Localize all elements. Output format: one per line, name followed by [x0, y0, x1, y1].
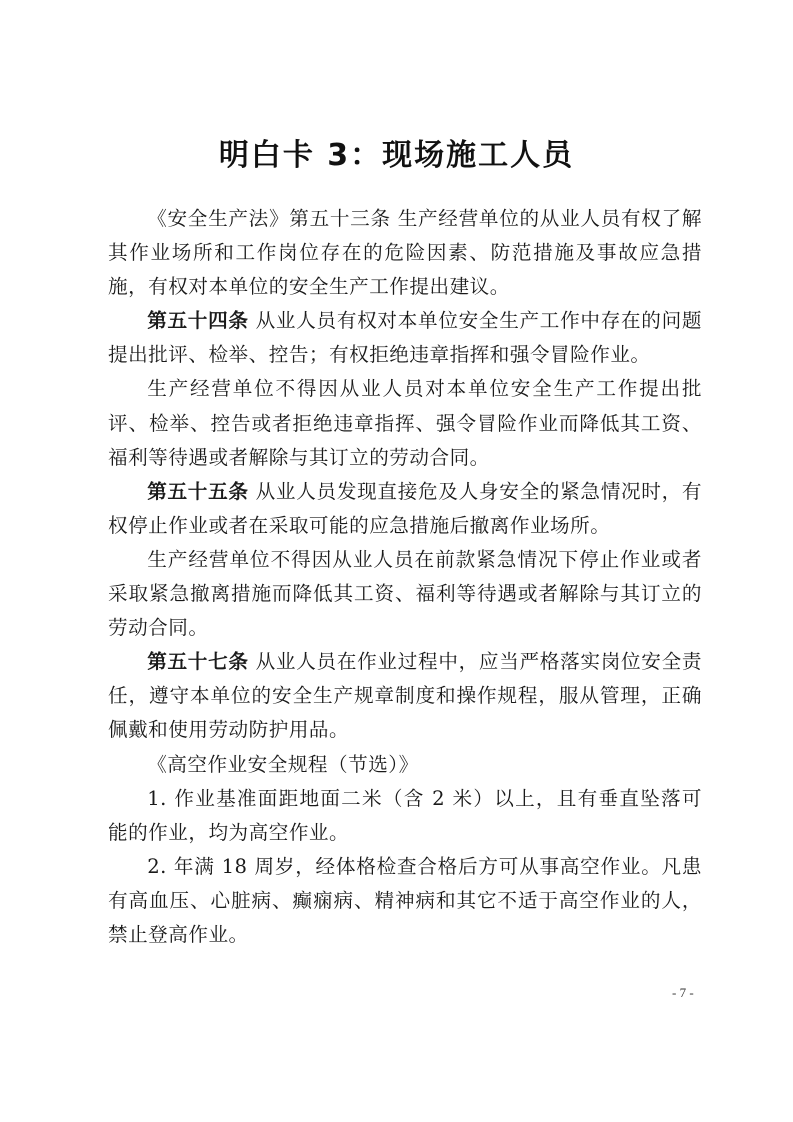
paragraph-text: 《高空作业安全规程（节选）》 [147, 753, 419, 776]
paragraph-article-53: 《安全生产法》第五十三条 生产经营单位的从业人员有权了解其作业场所和工作岗位存在… [108, 202, 702, 304]
page-title: 明白卡 3：现场施工人员 [0, 130, 793, 174]
paragraph-article-54: 第五十四条 从业人员有权对本单位安全生产工作中存在的问题提出批评、检举、控告；有… [108, 304, 702, 372]
paragraph-article-55: 第五十五条 从业人员发现直接危及人身安全的紧急情况时，有权停止作业或者在采取可能… [108, 475, 702, 543]
section-heading-high-altitude-rules: 《高空作业安全规程（节选）》 [108, 748, 702, 782]
paragraph-text: 《安全生产法》第五十三条 生产经营单位的从业人员有权了解其作业场所和工作岗位存在… [108, 207, 702, 298]
article-heading: 第五十五条 [147, 480, 249, 503]
paragraph-text: 生产经营单位不得因从业人员对本单位安全生产工作提出批评、检举、控告或者拒绝违章指… [108, 377, 702, 468]
paragraph-text: 2. 年满 18 周岁，经体格检查合格后方可从事高空作业。凡患有高血压、心脏病、… [108, 855, 702, 946]
paragraph-text: 1. 作业基准面距地面二米（含 2 米）以上，且有垂直坠落可能的作业，均为高空作… [108, 787, 702, 844]
paragraph-article-57: 第五十七条 从业人员在作业过程中，应当严格落实岗位安全责任，遵守本单位的安全生产… [108, 645, 702, 747]
rule-item-1: 1. 作业基准面距地面二米（含 2 米）以上，且有垂直坠落可能的作业，均为高空作… [108, 782, 702, 850]
document-body: 《安全生产法》第五十三条 生产经营单位的从业人员有权了解其作业场所和工作岗位存在… [108, 202, 702, 952]
paragraph-article-55-clause-2: 生产经营单位不得因从业人员在前款紧急情况下停止作业或者采取紧急撤离措施而降低其工… [108, 543, 702, 645]
article-heading: 第五十四条 [147, 309, 249, 332]
article-heading: 第五十七条 [147, 650, 249, 673]
rule-item-2: 2. 年满 18 周岁，经体格检查合格后方可从事高空作业。凡患有高血压、心脏病、… [108, 850, 702, 952]
page-number: - 7 - [672, 985, 694, 1001]
paragraph-article-54-clause-2: 生产经营单位不得因从业人员对本单位安全生产工作提出批评、检举、控告或者拒绝违章指… [108, 372, 702, 474]
paragraph-text: 生产经营单位不得因从业人员在前款紧急情况下停止作业或者采取紧急撤离措施而降低其工… [108, 548, 702, 639]
